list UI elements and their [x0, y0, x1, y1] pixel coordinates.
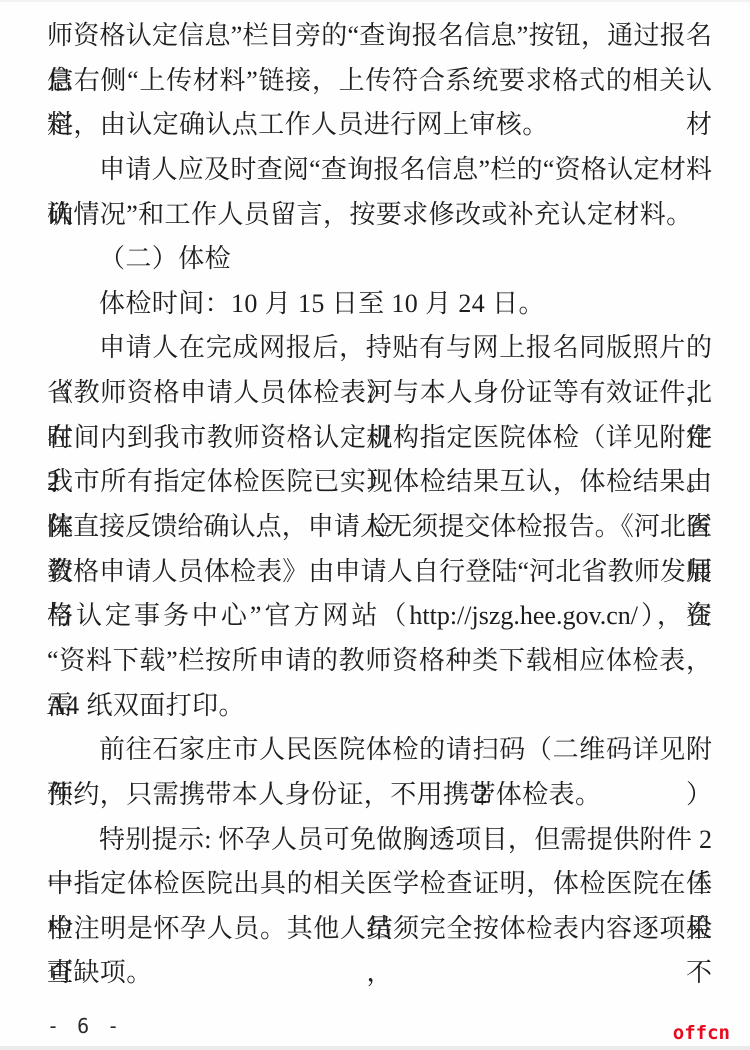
document-line: 息右侧“上传材料”链接，上传符合系统要求格式的相关认定材: [47, 59, 712, 104]
document-line: 特别提示: 怀孕人员可免做胸透项目，但需提供附件 2 中任: [47, 818, 712, 863]
scan-edge-top: [0, 0, 750, 2]
document-line: 申请人应及时查阅“查询报名信息”栏的“资格认定材料确: [47, 148, 712, 193]
document-line: 认情况”和工作人员留言，按要求修改或补充认定材料。: [47, 193, 712, 238]
document-line: 中注明是怀孕人员。其他人员须完全按体检表内容逐项检查，不: [47, 907, 712, 952]
document-line: 体检时间：10 月 15 日至 10 月 24 日。: [47, 282, 712, 327]
document-line: 申请人在完成网报后，持贴有与网上报名同版照片的《河北: [47, 326, 712, 371]
document-line: “资料下载”栏按所申请的教师资格种类下载相应体检表，需: [47, 639, 712, 684]
document-line: A4 纸双面打印。: [47, 684, 712, 729]
scan-edge-bottom: [0, 1046, 750, 1050]
document-line: 院直接反馈给确认点，申请人无须提交体检报告。《河北省教师: [47, 505, 712, 550]
offcn-watermark: offcn: [673, 1022, 730, 1044]
document-line: 时间内到我市教师资格认定机构指定医院体检（详见附件 2）。: [47, 416, 712, 461]
document-line: 我市所有指定体检医院已实现体检结果互认，体检结果由体检医: [47, 460, 712, 505]
document-line: 资格申请人员体检表》由申请人自行登陆“河北省教师发展与资: [47, 550, 712, 595]
document-line: 省教师资格申请人员体检表》与本人身份证等有效证件，在规定: [47, 371, 712, 416]
document-line: 师资格认定信息”栏目旁的“查询报名信息”按钮，通过报名信: [47, 14, 712, 59]
document-line: 前往石家庄市人民医院体检的请扫码（二维码详见附件 2）: [47, 728, 712, 773]
document-lines: 师资格认定信息”栏目旁的“查询报名信息”按钮，通过报名信息右侧“上传材料”链接，…: [47, 14, 712, 996]
document-line: （二）体检: [47, 237, 712, 282]
page-number: - 6 -: [47, 1014, 122, 1038]
document-line: 一指定体检医院出具的相关医学检查证明，体检医院在体检结果: [47, 862, 712, 907]
document-line: 格认定事务中心”官方网站（http://jszg.hee.gov.cn/），在: [47, 594, 712, 639]
